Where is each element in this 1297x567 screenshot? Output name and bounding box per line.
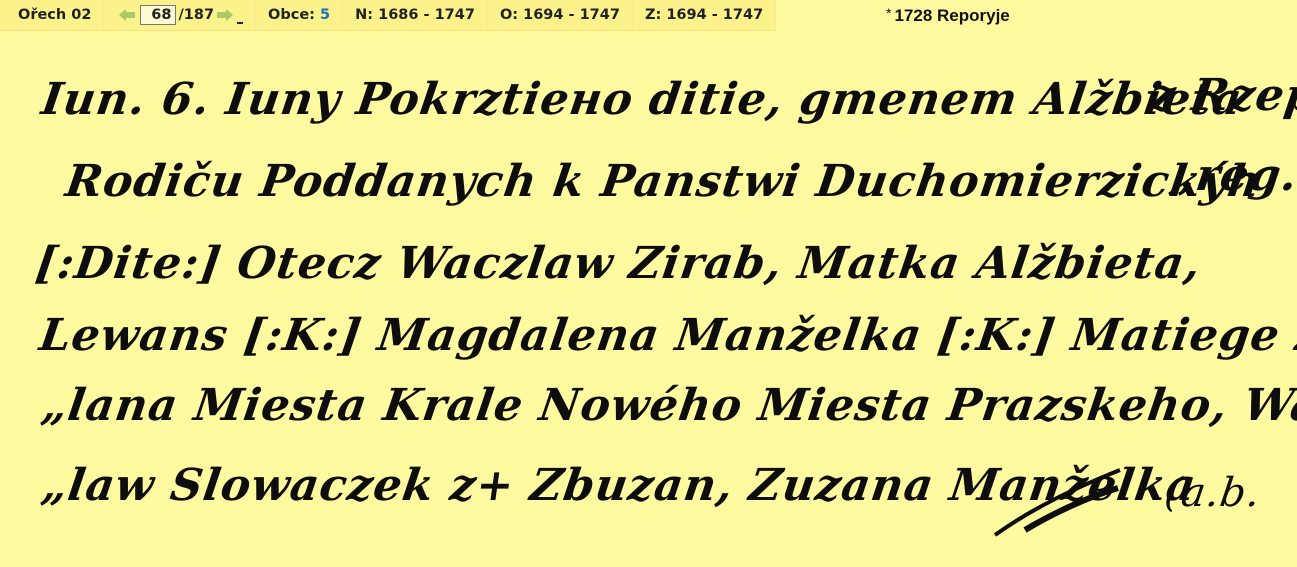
margin-note-1: z Rzepo — [1146, 70, 1297, 121]
deaths-range: Z: 1694 - 1747 — [633, 0, 776, 30]
record-location-text: 1728 Reporyje — [894, 6, 1009, 25]
marriages-range: O: 1694 - 1747 — [488, 0, 633, 30]
manuscript-line-5: „lana Miesta Krale Nowého Miesta Prazske… — [38, 380, 1297, 431]
birth-star-icon: * — [886, 5, 891, 21]
manuscript-line-4: Lewans [:K:] Magdalena Manželka [:K:] Ma… — [36, 310, 1297, 361]
manuscript-line-1: Iun. 6. Iuny Pokrztiено ditie, gmenem Al… — [38, 74, 1245, 125]
page-navigator: /187 — [104, 0, 256, 30]
ink-flourish-icon — [990, 460, 1130, 540]
obce-value: 5 — [320, 7, 330, 23]
obce-label: Obce: — [268, 7, 315, 23]
manuscript-line-3: [:Dite:] Otecz Waczlaw Zirab, Matka Alžb… — [32, 238, 1204, 289]
margin-note-3: (a.b. — [1162, 470, 1264, 516]
record-location: *1728 Reporyje — [886, 5, 1010, 26]
manuscript-scan[interactable]: Iun. 6. Iuny Pokrztiено ditie, gmenem Al… — [0, 30, 1297, 567]
toolbar-bar: Ořech 02 /187 Obce: 5 N: 1686 - 1747 O: … — [0, 0, 776, 31]
margin-note-2: „reg. — [1166, 150, 1297, 201]
arrow-left-icon[interactable] — [119, 9, 135, 21]
page-number-input[interactable] — [140, 5, 176, 25]
marriages-range-text: O: 1694 - 1747 — [500, 7, 620, 23]
deaths-range-text: Z: 1694 - 1747 — [645, 7, 763, 23]
births-range: N: 1686 - 1747 — [343, 0, 488, 30]
births-range-text: N: 1686 - 1747 — [355, 7, 475, 23]
total-pages: /187 — [178, 7, 214, 23]
obce-count[interactable]: Obce: 5 — [256, 0, 343, 30]
text-cursor-mark — [237, 22, 243, 24]
arrow-right-icon[interactable] — [217, 9, 233, 21]
manuscript-line-2: Rodiču Poddanych k Panstwi Duchomierzick… — [62, 156, 1264, 207]
register-toolbar: Ořech 02 /187 Obce: 5 N: 1686 - 1747 O: … — [0, 0, 776, 30]
register-name: Ořech 02 — [0, 0, 104, 30]
register-name-label: Ořech 02 — [18, 7, 91, 23]
